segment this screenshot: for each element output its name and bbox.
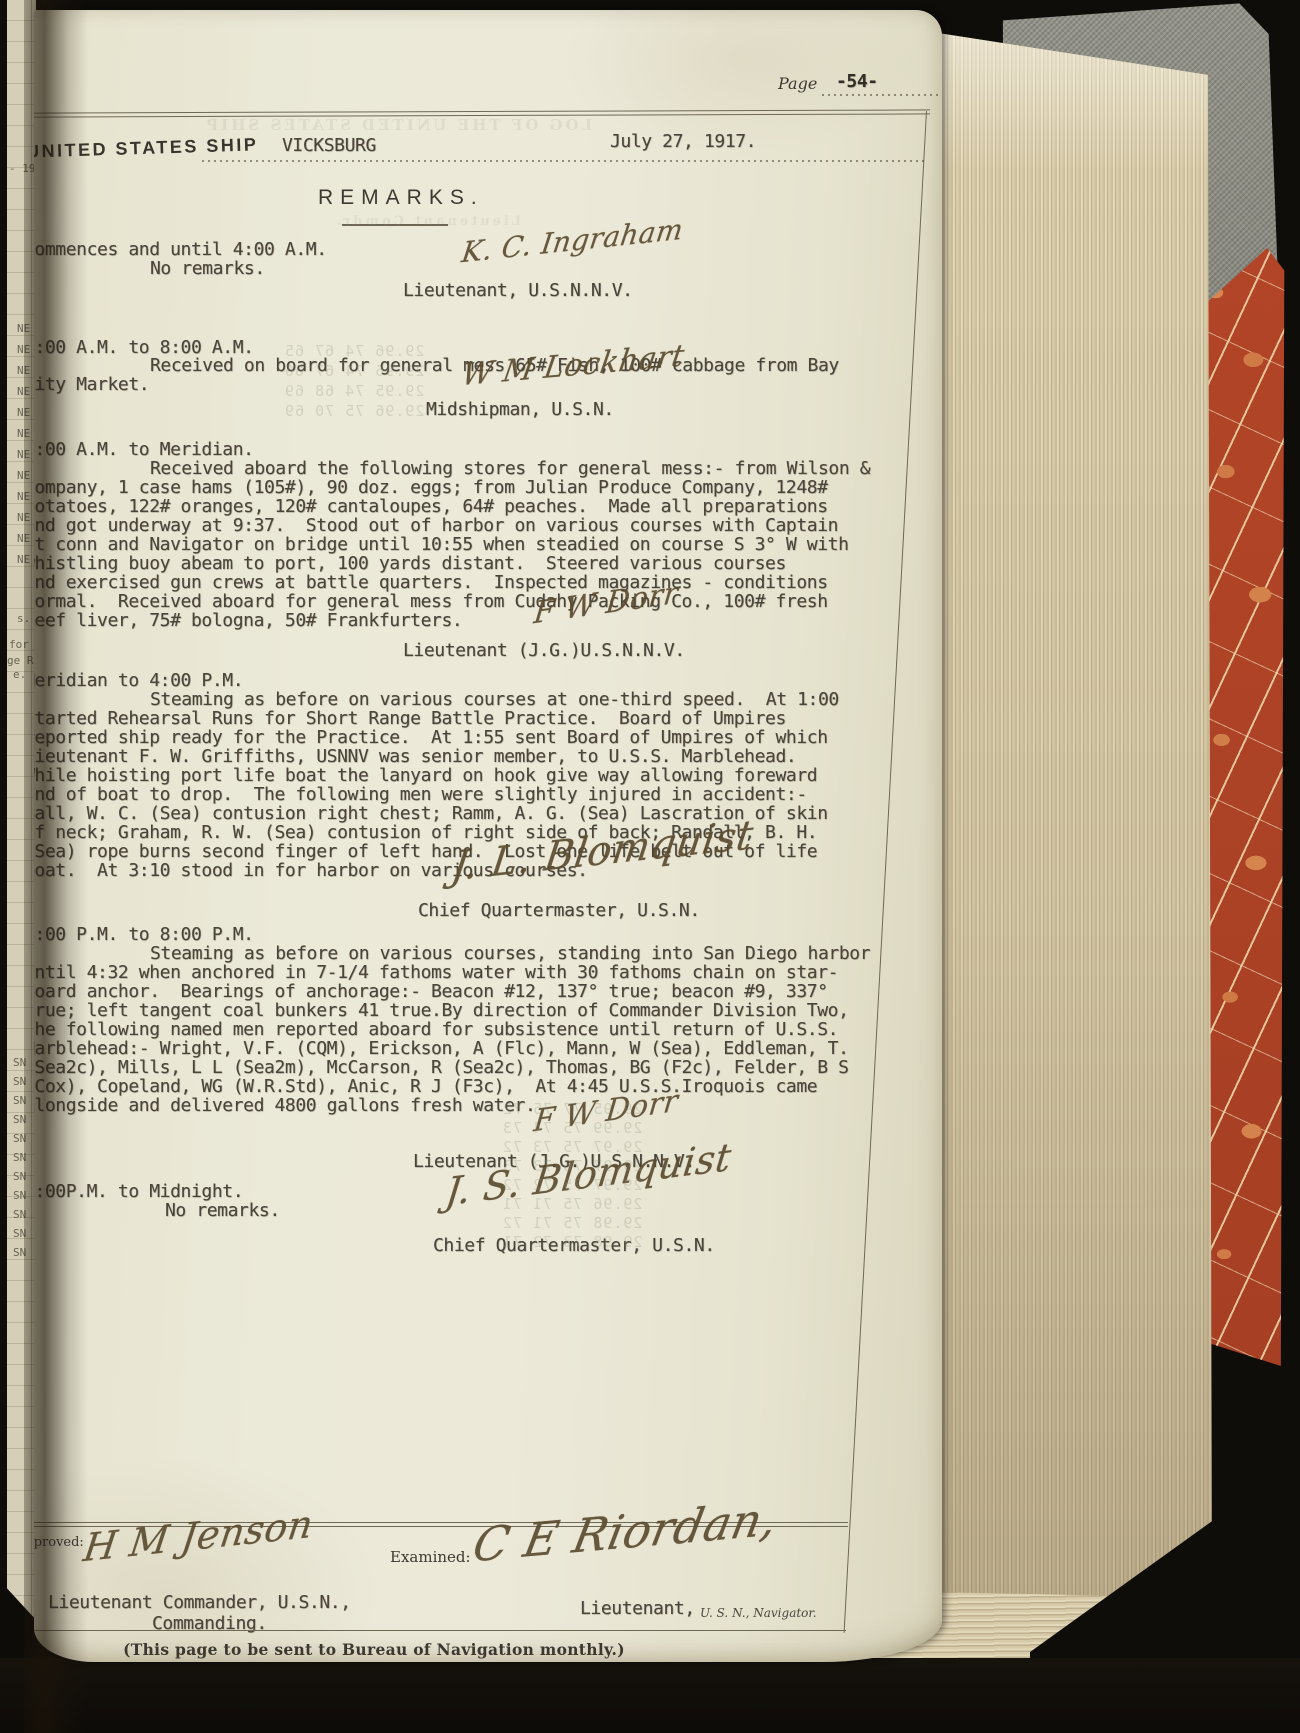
ship-name: VICKSBURG (282, 136, 376, 155)
entry-body-line: normal. Received aboard for general mess… (34, 592, 828, 611)
entry-body-line: and got underway at 9:37. Stood out of h… (34, 516, 838, 535)
log-date: July 27, 1917. (610, 132, 756, 151)
entry-signature: W M Lockhart (459, 338, 687, 393)
entry-body-line: Lieutenant F. W. Griffiths, USNNV was se… (34, 747, 796, 766)
form-border-right (844, 111, 927, 1633)
page-label: Page (778, 74, 817, 93)
margin-year-fragment: - 191 (9, 162, 36, 175)
bleedthrough-row: 29.99 75 74 73 (502, 1119, 642, 1137)
entry-body-line: true; left tangent coal bunkers 41 true.… (34, 1001, 849, 1020)
entry-header: Commences and until 4:00 A.M. (34, 240, 327, 259)
examined-title: Lieutenant, (580, 1599, 695, 1618)
entry-header: 4:00 P.M. to 8:00 P.M. (34, 925, 254, 944)
entry-signature-title: Midshipman, U.S.N. (426, 400, 614, 419)
margin-wind-fragment: NE (17, 532, 30, 545)
margin-list-fragment: e. (13, 668, 26, 681)
margin-wind-fragment: NE (17, 490, 30, 503)
entry-header: Meridian to 4:00 P.M. (34, 671, 243, 690)
bleedthrough-row: 29.96 74 67 65 (284, 342, 424, 360)
entry-body-line: whistling buoy abeam to port, 100 yards … (34, 554, 786, 573)
entry-body-line: at conn and Navigator on bridge until 10… (34, 535, 849, 554)
scanned-logbook-photo: - 191NENENENENENENENENENENENEs.forge Re.… (0, 0, 1300, 1733)
margin-wind-fragment: NE (17, 469, 30, 482)
entry-signature-title: Chief Quartermaster, U.S.N. (418, 901, 700, 920)
margin-signal-fragment: SN (13, 1132, 26, 1145)
bleedthrough-row: 29.97 75 72 72 (502, 1176, 642, 1194)
margin-wind-fragment: NE (17, 343, 30, 356)
margin-wind-fragment: NE (17, 406, 30, 419)
bleedthrough-row: 29.96 74 67 66 (284, 362, 424, 380)
bleedthrough-row: 29.95 74 68 69 (284, 382, 424, 400)
bleedthrough-row: 29.95 77 75 72 (502, 1100, 642, 1118)
entry-signature-title: Lieutenant (J.G.)U.S.N.N.V. (403, 641, 685, 660)
entry-body-line: and exercised gun crews at battle quarte… (34, 573, 828, 592)
margin-wind-fragment: NE (17, 427, 30, 440)
margin-signal-fragment: SN (13, 1151, 26, 1164)
entry-header: 8:00 A.M. to Meridian. (34, 440, 254, 459)
margin-signal-fragment: SN (13, 1227, 26, 1240)
examined-label: Examined: (390, 1548, 471, 1566)
entry-body-line: until 4:32 when anchored in 7-1/4 fathom… (34, 963, 838, 982)
bleedthrough-row: 29.97 75 73 72 (502, 1138, 642, 1156)
entry-body-line: City Market. (34, 375, 149, 394)
margin-list-fragment: for (9, 638, 29, 651)
margin-wind-fragment: NE (17, 511, 30, 524)
entry-body-line: Company, 1 case hams (105#), 90 doz. egg… (34, 478, 828, 497)
remarks-title: REMARKS. (318, 186, 484, 210)
bleedthrough-row: 29.97 76 73 73 (502, 1157, 642, 1175)
logbook-page: Page -54- UNITED STATES SHIP VICKSBURG J… (34, 10, 942, 1662)
margin-list-fragment: ge R (7, 654, 34, 667)
approved-label: Approved: (34, 1535, 84, 1550)
margin-wind-fragment: NE (17, 322, 30, 335)
approved-title-line1: Lieutenant Commander, U.S.N., (48, 1593, 351, 1612)
bleedthrough-row: 29.98 73 72 71 (502, 1233, 642, 1251)
margin-wind-fragment: NE (17, 448, 30, 461)
margin-wind-fragment: NE (17, 385, 30, 398)
entry-body-line: While hoisting port life boat the lanyar… (34, 766, 817, 785)
examined-signature: C E Riordan, (469, 1491, 783, 1573)
margin-list-fragment: s. (17, 612, 30, 625)
entry-body-line: started Rehearsal Runs for Short Range B… (34, 709, 786, 728)
margin-signal-fragment: SN (13, 1208, 26, 1221)
bleedthrough-line: Lieutenant Comdr. (334, 214, 521, 229)
background-bottom-band (0, 1658, 1300, 1733)
entry-body-line: reported ship ready for the Practice. At… (34, 728, 828, 747)
entry-header: 8:00P.M. to Midnight. (34, 1182, 243, 1201)
bleedthrough-row: 29.96 75 71 71 (502, 1195, 642, 1213)
page-number: -54- (836, 72, 878, 91)
entry-body-line: No remarks. (165, 1201, 280, 1220)
margin-signal-fragment: SN (13, 1246, 26, 1259)
ship-line-dotted-rule (202, 160, 924, 162)
previous-page-edge: - 191NENENENENENENENENENENENEs.forge Re.… (7, 0, 36, 1733)
margin-wind-fragment: NE (17, 553, 30, 566)
margin-signal-fragment: SN (13, 1170, 26, 1183)
ship-label: UNITED STATES SHIP (34, 134, 259, 162)
bleedthrough-row: 29.98 75 71 72 (502, 1214, 642, 1232)
page-number-dotted-line (822, 94, 938, 96)
examined-title-small: U. S. N., Navigator. (700, 1606, 817, 1620)
entry-body-line: Steaming as before on various courses at… (150, 690, 839, 709)
margin-signal-fragment: SN (13, 1056, 26, 1069)
entry-body-line: the following named men reported aboard … (34, 1020, 838, 1039)
approved-signature: H M Jenson (81, 1501, 316, 1570)
entry-body-line: end of boat to drop. The following men w… (34, 785, 807, 804)
previous-page-ruling (7, 0, 36, 1733)
bleedthrough-row: 29.96 75 70 69 (284, 402, 424, 420)
entry-body-line: alongside and delivered 4800 gallons fre… (34, 1096, 535, 1115)
page-fore-edge (935, 26, 1212, 1654)
entry-body-line: Steaming as before on various courses, s… (150, 944, 870, 963)
marbled-endpaper (1200, 248, 1286, 1366)
bleedthrough-header: LOG OF THE UNITED STATES SHIP (204, 116, 592, 134)
entry-body-line: (Sea2c), Mills, L L (Sea2m), McCarson, R… (34, 1058, 849, 1077)
footer-note: (This page to be sent to Bureau of Navig… (74, 1640, 674, 1659)
entry-signature-title: Lieutenant, U.S.N.N.V. (403, 281, 633, 300)
margin-signal-fragment: SN (13, 1075, 26, 1088)
entry-body-line: Marblehead:- Wright, V.F. (CQM), Erickso… (34, 1039, 849, 1058)
entry-body-line: Received aboard the following stores for… (150, 459, 870, 478)
entry-body-line: (Cox), Copeland, WG (W.R.Std), Anic, R J… (34, 1077, 817, 1096)
entry-body-line: potatoes, 122# oranges, 120# cantaloupes… (34, 497, 828, 516)
entry-body-line: beef liver, 75# bologna, 50# Frankfurter… (34, 611, 462, 630)
form-border-bottom (34, 1630, 846, 1631)
margin-signal-fragment: SN (13, 1094, 26, 1107)
margin-signal-fragment: SN (13, 1189, 26, 1202)
entry-body-line: No remarks. (150, 259, 265, 278)
margin-signal-fragment: SN (13, 1113, 26, 1126)
margin-wind-fragment: NE (17, 364, 30, 377)
entry-body-line: board anchor. Bearings of anchorage:- Be… (34, 982, 828, 1001)
